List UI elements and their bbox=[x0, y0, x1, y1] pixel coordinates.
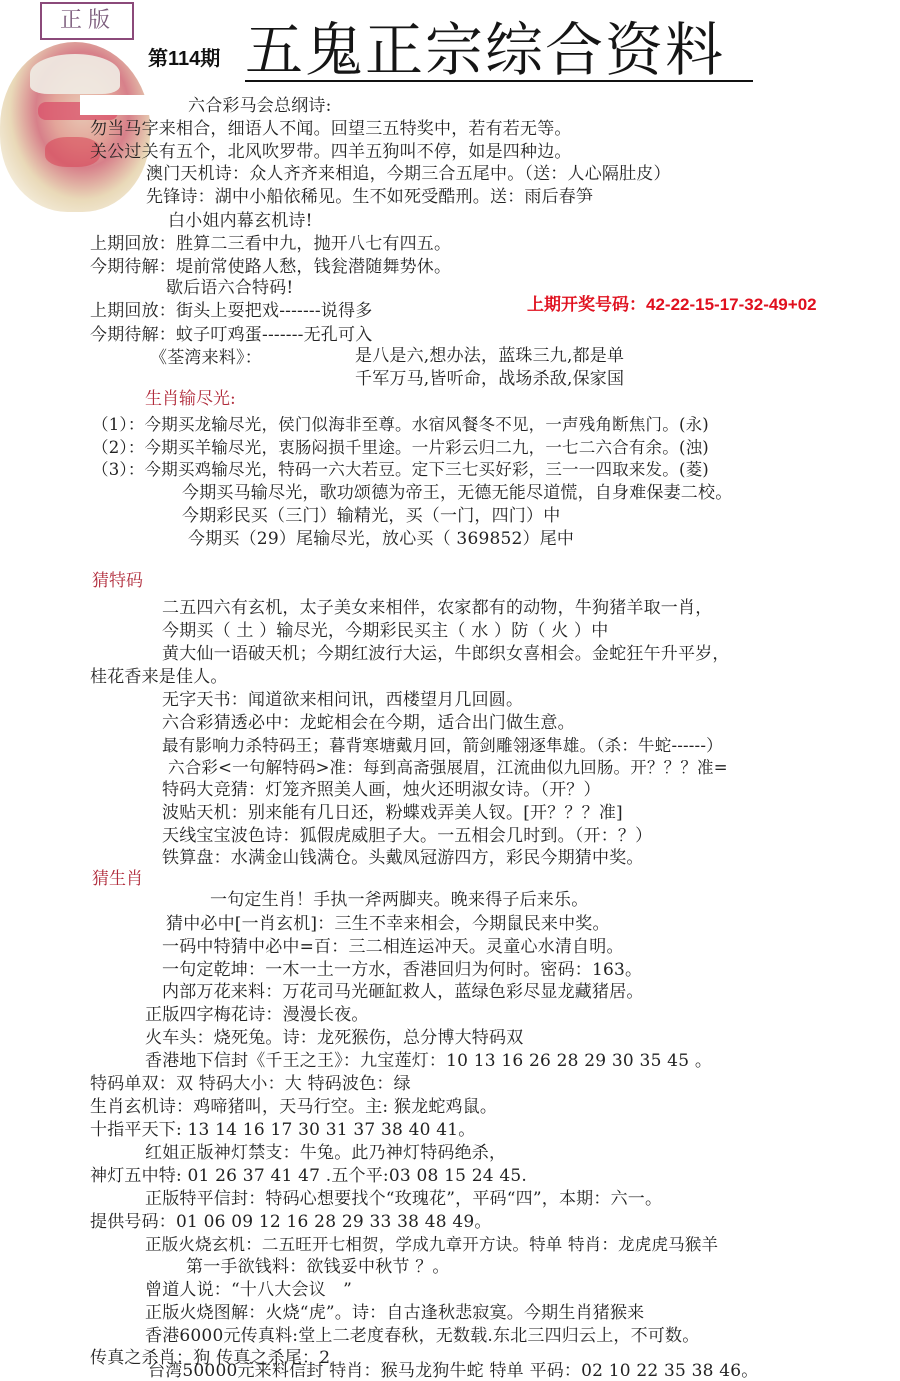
last-draw-label: 上期开奖号码： bbox=[527, 295, 646, 314]
guess-zodiac-line: 正版特平信封：特码心想要找个“玫瑰花”，平码“四”，本期：六一。 bbox=[145, 1188, 662, 1210]
guess-zodiac-line: 生肖玄机诗：鸡啼猪叫，天马行空。主: 猴龙蛇鸡鼠。 bbox=[90, 1096, 497, 1118]
guess-zodiac-line: 一句定乾坤：一木一土一方水，香港回归为何时。密码：163。 bbox=[162, 959, 642, 981]
guess-special-line: 波贴天机：别来能有几日还，粉蝶戏弄美人钗。[开？？？准] bbox=[162, 802, 623, 824]
guess-special-line: 桂花香来是佳人。 bbox=[90, 666, 228, 688]
xiehouyu-heading: 歇后语六合特码! bbox=[166, 277, 293, 299]
guess-special-line: 六合彩<一句解特码>准：每到高斋强展眉，江流曲似九回肠。开？？？准= bbox=[168, 757, 728, 779]
zodiac-lose-item: （2）：今期买羊输尽光，衷肠闷损千里途。一片彩云归二九，一七二六合有余。(浊) bbox=[92, 437, 709, 459]
guess-special-line: 二五四六有玄机，太子美女来相伴，农家都有的动物，牛狗猪羊取一肖， bbox=[162, 597, 712, 619]
avatar-hair bbox=[30, 54, 120, 94]
guess-zodiac-line: 提供号码：01 06 09 12 16 28 29 33 38 48 49。 bbox=[90, 1211, 492, 1233]
guess-special-line: 黄大仙一语破天机；今期红波行大运，牛郎织女喜相会。金蛇狂午升平岁， bbox=[162, 643, 730, 665]
section-heading-guess-zodiac: 猜生肖 bbox=[92, 864, 143, 889]
guess-zodiac-line: 一句定生肖！手执一斧两脚夹。晚来得子后来乐。 bbox=[210, 889, 588, 911]
quanwan-line: 千军万马,皆听命，战场杀敌,保家国 bbox=[355, 368, 624, 390]
guess-zodiac-line: 猜中必中[一肖玄机]：三生不幸来相会，今期鼠民来中奖。 bbox=[166, 913, 610, 935]
guess-special-line: 特码大竞猜：灯笼齐照美人画，烛火还明淑女诗。（开？） bbox=[162, 779, 601, 801]
zodiac-lose-extra: 今期买（29）尾输尽光，放心买（ 369852）尾中 bbox=[188, 528, 574, 550]
guess-zodiac-line: 特码单双：双 特码大小：大 特码波色：绿 bbox=[90, 1073, 411, 1095]
genuine-badge: 正版 bbox=[40, 2, 134, 40]
guess-zodiac-line: 红姐正版神灯禁支：牛兔。此乃神灯特码绝杀， bbox=[145, 1142, 506, 1164]
redaction-bar bbox=[80, 95, 180, 115]
title-underline bbox=[245, 80, 753, 82]
guess-zodiac-line: 正版火烧图解：火烧“虎”。诗：自古逢秋悲寂寞。今期生肖猪猴来 bbox=[145, 1302, 644, 1324]
poem-line: 关公过关有五个，北风吹罗带。四羊五狗叫不停，如是四种边。 bbox=[90, 141, 572, 163]
macau-poem: 澳门天机诗：众人齐齐来相追，今期三合五尾中。（送：人心隔肚皮） bbox=[146, 163, 671, 185]
last-review: 上期回放：胜算二三看中九，抛开八七有四五。 bbox=[90, 233, 451, 255]
section-heading-guess-special: 猜特码 bbox=[92, 566, 143, 591]
this-solve: 今期待解：堤前常使路人愁，钱瓮潜随舞势休。 bbox=[90, 256, 451, 278]
guess-zodiac-line: 十指平天下: 13 14 16 17 30 31 37 38 40 41。 bbox=[90, 1119, 475, 1141]
guess-special-line: 天线宝宝波色诗：狐假虎威胆子大。一五相会几时到。（开：？） bbox=[162, 825, 652, 847]
pioneer-poem: 先锋诗：湖中小船依稀见。生不如死受酷刑。送：雨后春笋 bbox=[146, 186, 593, 208]
quanwan-label: 《荃湾来料》： bbox=[150, 347, 262, 369]
issue-number: 第114期 bbox=[148, 42, 220, 71]
zodiac-lose-item: （1）：今期买龙输尽光，侯门似海非至尊。水宿风餐冬不见，一声残角断焦门。(永) bbox=[92, 414, 709, 436]
guess-zodiac-line: 正版火烧玄机：二五旺开七相贺，学成九章开方诀。特单 特肖：龙虎虎马猴羊 bbox=[145, 1234, 718, 1256]
guess-special-line: 铁算盘：水满金山钱满仓。头戴凤冠游四方，彩民今期猜中奖。 bbox=[162, 847, 644, 869]
guess-special-line: 今期买（ 土 ）输尽光，今期彩民买主（ 水 ）防（ 火 ）中 bbox=[162, 620, 608, 642]
zodiac-lose-item: （3）：今期买鸡输尽光，特码一六大若豆。定下三七买好彩，三一一四取来发。(菱) bbox=[92, 459, 709, 481]
guess-zodiac-line: 香港6000元传真料:堂上二老度春秋，无数载.东北三四归云上，不可数。 bbox=[145, 1325, 699, 1347]
guess-zodiac-line: 台湾50000元来料信封 特肖：猴马龙狗牛蛇 特单 平码：02 10 22 35… bbox=[148, 1360, 759, 1381]
guess-zodiac-line: 香港地下信封《千王之王》：九宝莲灯：10 13 16 26 28 29 30 3… bbox=[145, 1050, 712, 1072]
guess-special-line: 六合彩猜透必中：龙蛇相会在今期，适合出门做生意。 bbox=[162, 712, 575, 734]
guess-zodiac-line: 内部万花来料：万花司马光砸缸救人，蓝绿色彩尽显龙藏猪居。 bbox=[162, 981, 644, 1003]
section-heading-zodiac-lose: 生肖输尽光: bbox=[145, 384, 236, 409]
page-title: 五鬼正宗综合资料 bbox=[245, 18, 725, 82]
last-draw-numbers: 42-22-15-17-32-49+02 bbox=[646, 295, 817, 314]
quanwan-line: 是八是六,想办法，蓝珠三九,都是单 bbox=[355, 345, 624, 367]
guess-zodiac-line: 神灯五中特: 01 26 37 41 47 .五个平:03 08 15 24 4… bbox=[90, 1165, 527, 1187]
zodiac-lose-extra: 今期彩民买（三门）输精光，买（一门，四门）中 bbox=[182, 505, 560, 527]
poem-title: 六合彩马会总纲诗: bbox=[188, 95, 332, 117]
guess-zodiac-line: 正版四字梅花诗：漫漫长夜。 bbox=[145, 1004, 369, 1026]
guess-zodiac-line: 第一手欲钱料：欲钱妥中秋节 ？。 bbox=[186, 1256, 450, 1278]
last-review: 上期回放：街头上耍把戏-------说得多 bbox=[90, 300, 372, 322]
last-draw-result: 上期开奖号码：42-22-15-17-32-49+02 bbox=[527, 290, 817, 315]
guess-special-line: 最有影响力杀特码王；暮背寒塘戴月回，箭剑雕翎逐隼雄。（杀：牛蛇------） bbox=[162, 735, 723, 757]
guess-zodiac-line: 火车头：烧死兔。诗：龙死猴伤，总分博大特码双 bbox=[145, 1027, 523, 1049]
guess-zodiac-line: 一码中特猜中必中=百：三二相连运冲天。灵童心水清自明。 bbox=[162, 936, 624, 958]
miss-bai-heading: 白小姐内幕玄机诗! bbox=[168, 210, 313, 232]
guess-zodiac-line: 曾道人说：“十八大会议 ” bbox=[145, 1279, 352, 1301]
poem-line: 勿当马字来相合，细语人不闻。回望三五特奖中，若有若无等。 bbox=[90, 118, 572, 140]
zodiac-lose-extra: 今期买马输尽光，歌功颂德为帝王，无德无能尽道慌，自身难保妻二校。 bbox=[182, 482, 732, 504]
guess-special-line: 无字天书：闻道欲来相问讯，西楼望月几回圆。 bbox=[162, 689, 523, 711]
this-solve: 今期待解：蚊子叮鸡蛋-------无孔可入 bbox=[90, 324, 372, 346]
